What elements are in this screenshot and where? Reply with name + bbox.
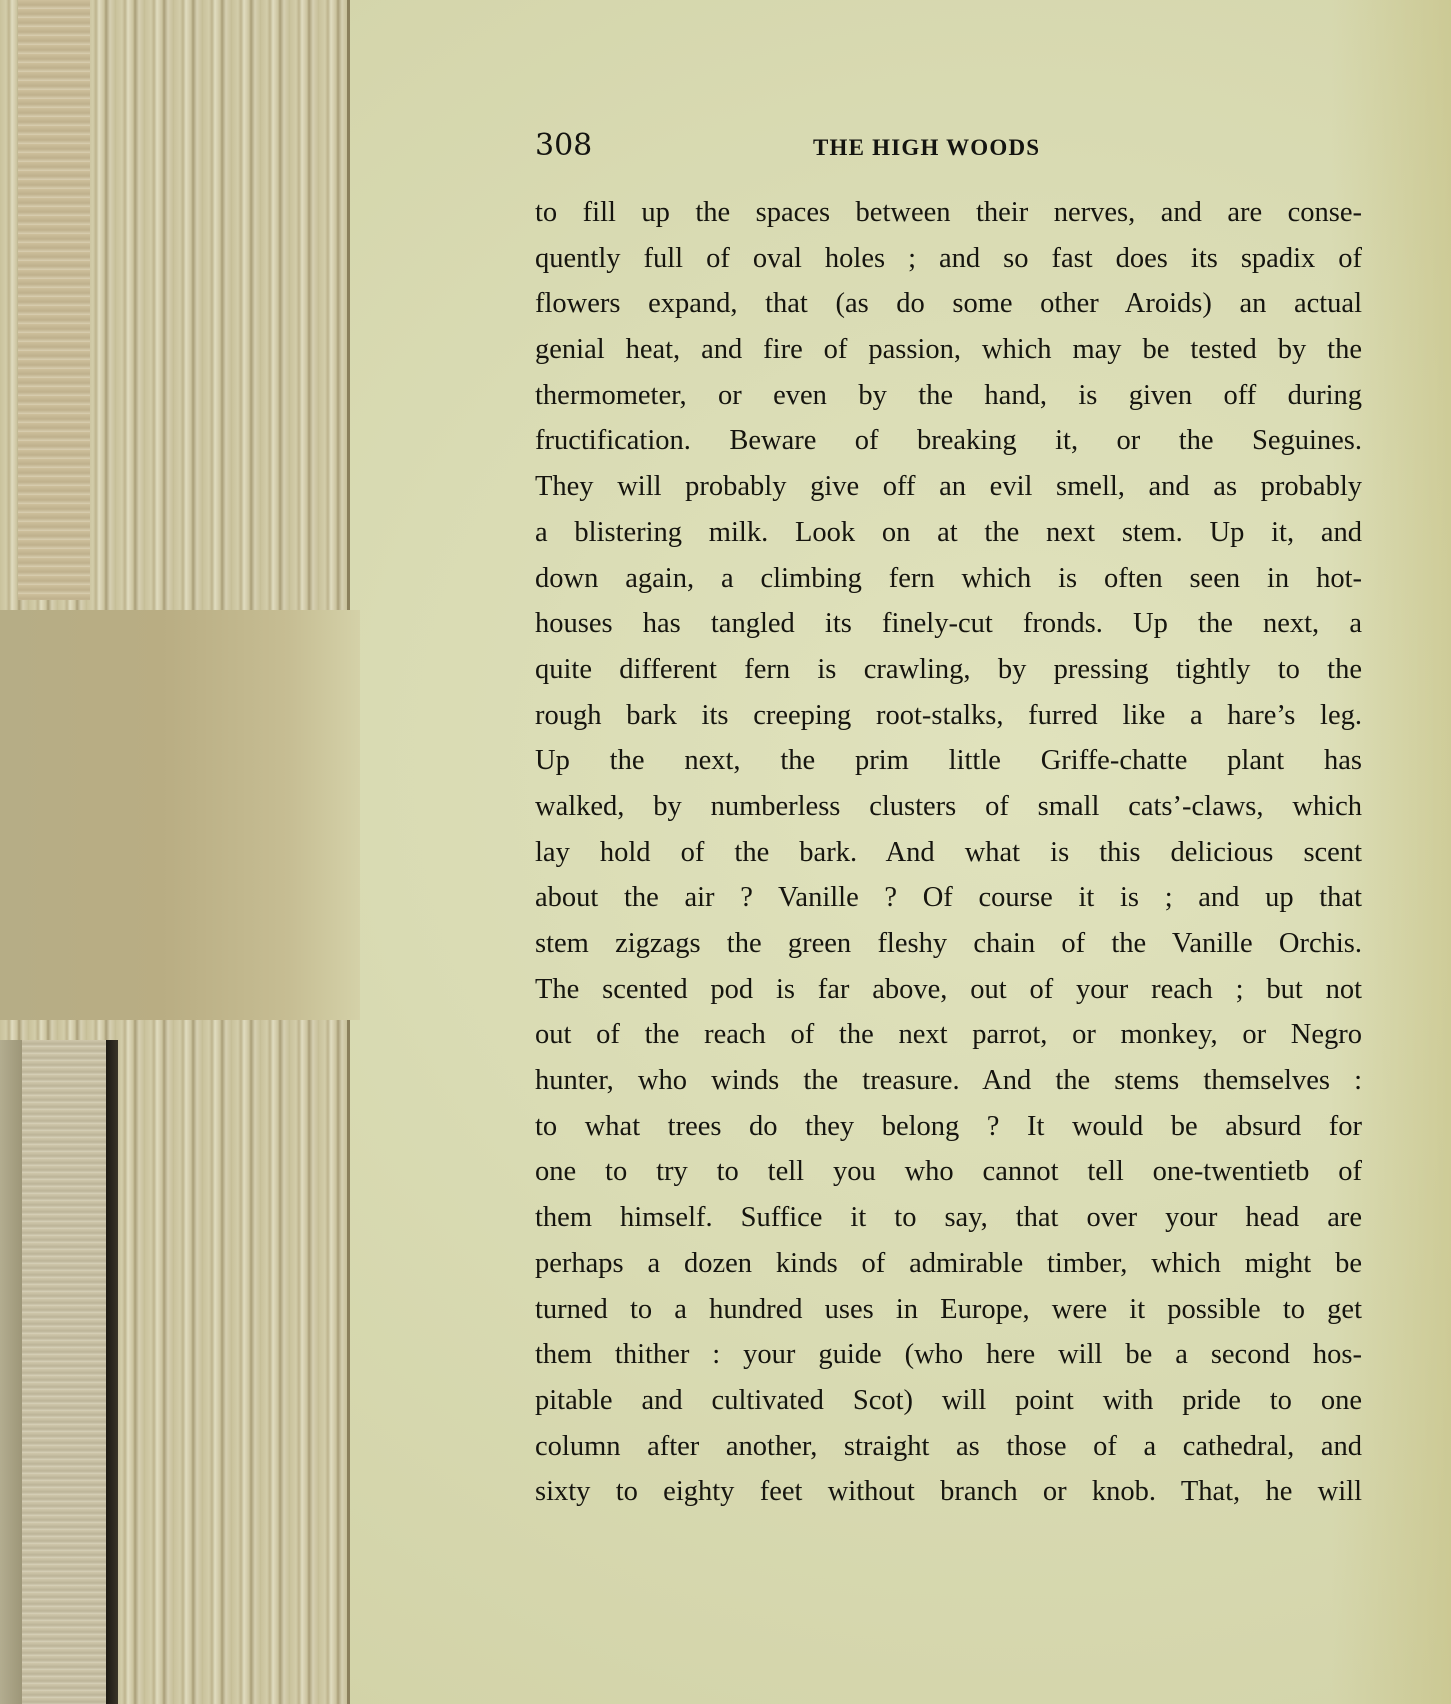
text-line: them thither : your guide (who here will… [535, 1332, 1362, 1378]
text-line: fructification. Beware of breaking it, o… [535, 418, 1362, 464]
text-line: quently full of oval holes ; and so fast… [535, 236, 1362, 282]
text-line: flowers expand, that (as do some other A… [535, 281, 1362, 327]
running-head: 308 THE HIGH WOODS [535, 128, 1362, 164]
text-line: quite different fern is crawling, by pre… [535, 647, 1362, 693]
page-number: 308 [535, 128, 592, 164]
text-line: sixty to eighty feet without branch or k… [535, 1469, 1362, 1515]
text-line: one to try to tell you who cannot tell o… [535, 1149, 1362, 1195]
running-title: THE HIGH WOODS [813, 132, 1040, 164]
text-line: down again, a climbing fern which is oft… [535, 556, 1362, 602]
text-line: houses has tangled its finely-cut fronds… [535, 601, 1362, 647]
text-line: lay hold of the bark. And what is this d… [535, 830, 1362, 876]
text-line: turned to a hundred uses in Europe, were… [535, 1287, 1362, 1333]
text-line: to fill up the spaces between their nerv… [535, 190, 1362, 236]
text-line: hunter, who winds the treasure. And the … [535, 1058, 1362, 1104]
text-line: They will probably give off an evil smel… [535, 464, 1362, 510]
page-stack-outer-edge [0, 1040, 22, 1704]
text-line: out of the reach of the next parrot, or … [535, 1012, 1362, 1058]
text-line: column after another, straight as those … [535, 1424, 1362, 1470]
page-stack-lower-block [22, 1040, 108, 1704]
text-line: The scented pod is far above, out of you… [535, 967, 1362, 1013]
text-line: stem zigzags the green fleshy chain of t… [535, 921, 1362, 967]
page-stack-upper-block [18, 0, 90, 600]
body-text: to fill up the spaces between their nerv… [535, 190, 1362, 1515]
text-line: them himself. Suffice it to say, that ov… [535, 1195, 1362, 1241]
text-line: thermometer, or even by the hand, is giv… [535, 373, 1362, 419]
text-line: Up the next, the prim little Griffe-chat… [535, 738, 1362, 784]
text-line: rough bark its creeping root-stalks, fur… [535, 693, 1362, 739]
text-line: walked, by numberless clusters of small … [535, 784, 1362, 830]
text-line: pitable and cultivated Scot) will point … [535, 1378, 1362, 1424]
text-line: genial heat, and fire of passion, which … [535, 327, 1362, 373]
text-line: a blistering milk. Look on at the next s… [535, 510, 1362, 556]
page-stack-blurred-band [0, 610, 360, 1020]
text-line: perhaps a dozen kinds of admirable timbe… [535, 1241, 1362, 1287]
text-line: about the air ? Vanille ? Of course it i… [535, 875, 1362, 921]
text-line: to what trees do they belong ? It would … [535, 1104, 1362, 1150]
